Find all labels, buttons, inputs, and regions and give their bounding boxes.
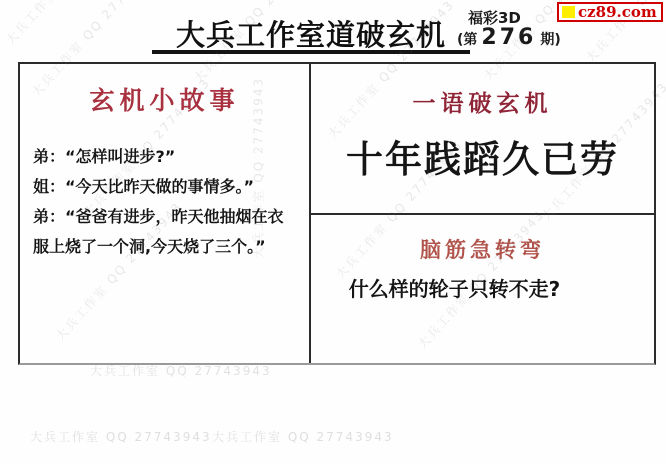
site-banner-link[interactable]: cz89.com	[557, 2, 663, 22]
story-line: 服上烧了一个洞,今天烧了三个。”	[33, 232, 301, 262]
story-text: 弟：“怎样叫进步?” 姐：“今天比昨天做的事情多。” 弟：“爸爸有进步，昨天他抽…	[33, 142, 301, 262]
brain-teaser-panel: 脑筋急转弯 什么样的轮子只转不走?	[311, 215, 654, 363]
title-underline	[152, 50, 470, 54]
phrase-panel: 一语破玄机 十年践蹈久已劳	[311, 64, 654, 215]
page-title: 大兵工作室道破玄机	[148, 13, 474, 54]
story-panel-heading: 玄机小故事	[20, 81, 309, 117]
watermark-text: 大兵工作室 QQ 27743943	[2, 0, 136, 48]
issue-suffix: 期)	[540, 32, 560, 48]
phrase-panel-heading: 一语破玄机	[311, 85, 654, 118]
brain-teaser-question: 什么样的轮子只转不走?	[311, 273, 654, 302]
story-line: 姐：“今天比昨天做的事情多。”	[33, 172, 301, 202]
story-panel: 玄机小故事 弟：“怎样叫进步?” 姐：“今天比昨天做的事情多。” 弟：“爸爸有进…	[20, 64, 311, 363]
story-line: 弟：“爸爸有进步，昨天他抽烟在衣	[33, 202, 301, 232]
watermark-text: 大兵工作室 QQ 27743943	[30, 428, 212, 445]
main-box: 玄机小故事 弟：“怎样叫进步?” 姐：“今天比昨天做的事情多。” 弟：“爸爸有进…	[18, 62, 656, 365]
puzzle-sheet: 大兵工作室道破玄机 福彩3D (第276期) cz89.com 玄机小故事 弟：…	[0, 0, 666, 464]
brain-teaser-heading: 脑筋急转弯	[311, 234, 654, 264]
right-column: 一语破玄机 十年践蹈久已劳 脑筋急转弯 什么样的轮子只转不走?	[311, 64, 654, 363]
site-url: cz89.com	[578, 5, 657, 20]
mystery-phrase: 十年践蹈久已劳	[311, 129, 654, 183]
issue-number-line: (第276期)	[457, 25, 561, 50]
story-line: 弟：“怎样叫进步?”	[33, 142, 301, 172]
issue-prefix: (第	[457, 32, 477, 48]
watermark-text: 大兵工作室 QQ 27743943	[212, 428, 394, 445]
issue-number: 276	[477, 25, 540, 50]
site-logo-square-icon	[562, 6, 575, 18]
